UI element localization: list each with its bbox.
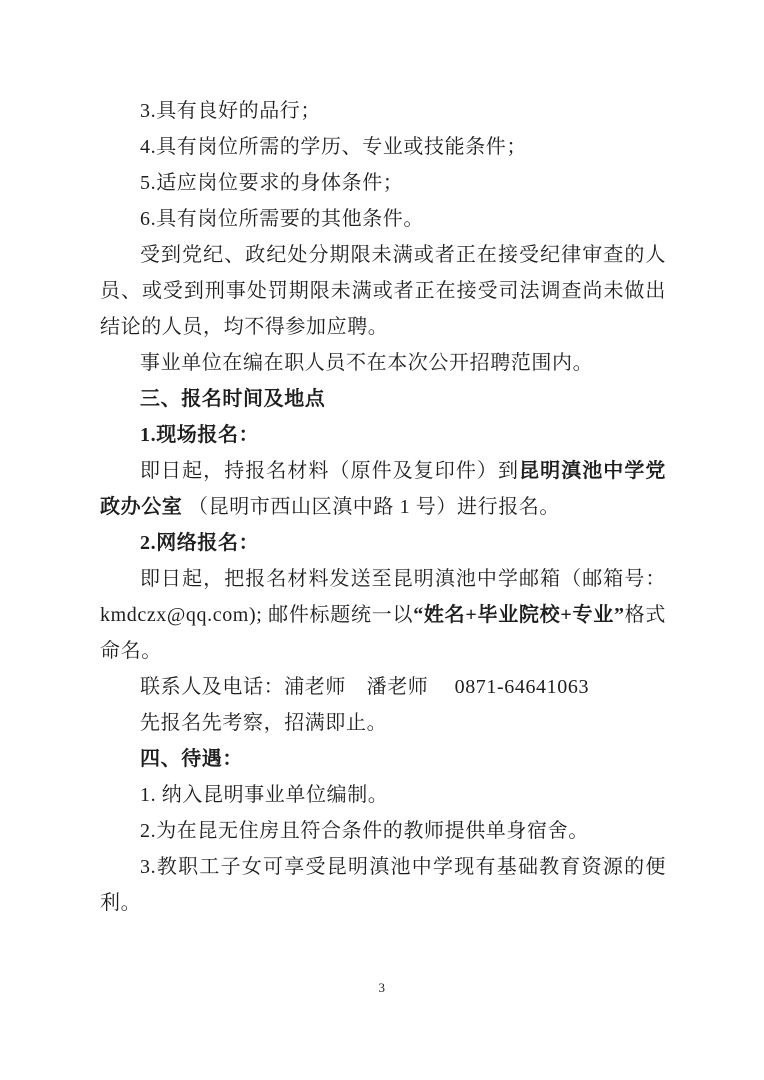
paragraph: 3.教职工子女可享受昆明滇池中学现有基础教育资源的便利。 — [100, 849, 666, 921]
bold-text-run: “姓名+毕业院校+专业” — [413, 604, 624, 626]
bold-text-run: 2.网络报名： — [140, 532, 259, 554]
text-run: 联系人及电话：浦老师 潘老师 0871-64641063 — [140, 676, 589, 698]
paragraph: 联系人及电话：浦老师 潘老师 0871-64641063 — [100, 669, 666, 705]
paragraph: 1. 纳入昆明事业单位编制。 — [100, 777, 666, 813]
section-heading: 三、报名时间及地点 — [100, 381, 666, 417]
text-run: （昆明市西山区滇中路 1 号）进行报名。 — [182, 496, 560, 518]
document-body: 3.具有良好的品行；4.具有岗位所需的学历、专业或技能条件；5.适应岗位要求的身… — [100, 93, 666, 921]
paragraph: 即日起，持报名材料（原件及复印件）到昆明滇池中学党政办公室 （昆明市西山区滇中路… — [100, 453, 666, 525]
text-run: 受到党纪、政纪处分期限未满或者正在接受纪律审查的人员、或受到刑事处罚期限未满或者… — [100, 244, 666, 338]
bold-text-run: 四、待遇： — [140, 748, 243, 770]
text-run: 即日起，持报名材料（原件及复印件）到 — [140, 460, 519, 482]
bold-text-run: 1.现场报名： — [140, 424, 259, 446]
paragraph: 3.具有良好的品行； — [100, 93, 666, 129]
text-run: 4.具有岗位所需的学历、专业或技能条件； — [140, 136, 527, 158]
section-heading: 2.网络报名： — [100, 525, 666, 561]
text-run: 1. 纳入昆明事业单位编制。 — [140, 784, 388, 806]
text-run: 6.具有岗位所需要的其他条件。 — [140, 208, 424, 230]
text-run: 5.适应岗位要求的身体条件； — [140, 172, 403, 194]
text-run: 3.教职工子女可享受昆明滇池中学现有基础教育资源的便利。 — [100, 856, 666, 914]
paragraph: 2.为在昆无住房且符合条件的教师提供单身宿舍。 — [100, 813, 666, 849]
text-run: 2.为在昆无住房且符合条件的教师提供单身宿舍。 — [140, 820, 589, 842]
paragraph: 4.具有岗位所需的学历、专业或技能条件； — [100, 129, 666, 165]
section-heading: 1.现场报名： — [100, 417, 666, 453]
paragraph: 5.适应岗位要求的身体条件； — [100, 165, 666, 201]
page-number: 3 — [0, 980, 764, 996]
text-run: 3.具有良好的品行； — [140, 100, 321, 122]
paragraph: 即日起，把报名材料发送至昆明滇池中学邮箱（邮箱号：kmdczx@qq.com);… — [100, 561, 666, 669]
section-heading: 四、待遇： — [100, 741, 666, 777]
paragraph: 6.具有岗位所需要的其他条件。 — [100, 201, 666, 237]
paragraph: 受到党纪、政纪处分期限未满或者正在接受纪律审查的人员、或受到刑事处罚期限未满或者… — [100, 237, 666, 345]
bold-text-run: 三、报名时间及地点 — [140, 388, 325, 410]
paragraph: 事业单位在编在职人员不在本次公开招聘范围内。 — [100, 345, 666, 381]
text-run: 事业单位在编在职人员不在本次公开招聘范围内。 — [140, 352, 593, 374]
paragraph: 先报名先考察，招满即止。 — [100, 705, 666, 741]
document-page: 3.具有良好的品行；4.具有岗位所需的学历、专业或技能条件；5.适应岗位要求的身… — [0, 0, 764, 1080]
text-run: 先报名先考察，招满即止。 — [140, 712, 387, 734]
